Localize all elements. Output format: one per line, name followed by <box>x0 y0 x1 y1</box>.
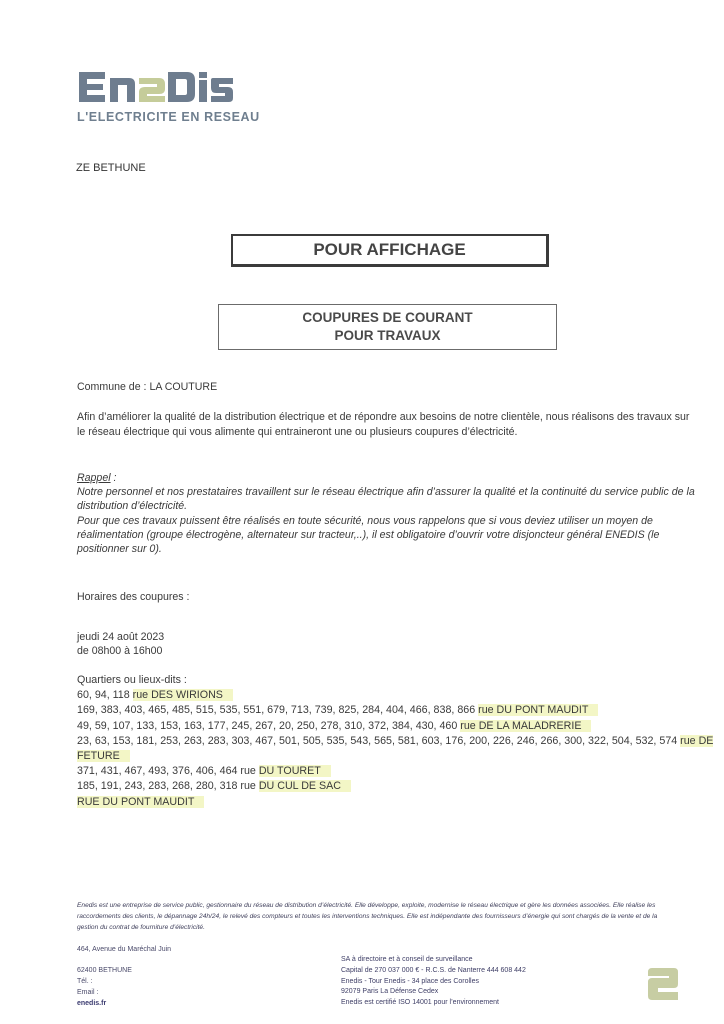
coupures-heading-line2: POUR TRAVAUX <box>334 327 440 345</box>
company-line: SA à directoire et à conseil de surveill… <box>341 955 526 966</box>
footer-contact: 464, Avenue du Maréchal Juin 62400 BETHU… <box>77 944 171 1009</box>
house-numbers: 371, 431, 467, 493, 376, 406, 464 rue <box>77 765 259 777</box>
house-numbers: 49, 59, 107, 133, 153, 163, 177, 245, 26… <box>77 720 460 732</box>
street-name: RUE DU PONT MAUDIT <box>77 796 204 808</box>
footer-legal-text: Enedis est une entreprise de service pub… <box>77 900 677 933</box>
intro-paragraph: Afin d’améliorer la qualité de la distri… <box>77 410 697 439</box>
enedis-logo: L'ELECTRICITE EN RESEAU <box>77 66 237 124</box>
rappel-label-suffix: : <box>111 472 117 484</box>
pour-affichage-heading: POUR AFFICHAGE <box>313 240 465 260</box>
footer-website-link[interactable]: enedis.fr <box>77 998 171 1009</box>
street-name: rue DU PONT MAUDIT <box>478 704 598 716</box>
quartiers-section: Quartiers ou lieux-dits : 60, 94, 118 ru… <box>77 673 717 810</box>
rappel-line1: Notre personnel et nos prestataires trav… <box>77 485 697 513</box>
quartier-entry: 371, 431, 467, 493, 376, 406, 464 rue DU… <box>77 764 717 779</box>
schedule-date: jeudi 24 août 2023 <box>77 630 164 644</box>
house-numbers: 169, 383, 403, 465, 485, 515, 535, 551, … <box>77 704 478 716</box>
street-name: DU TOURET <box>259 765 331 777</box>
house-numbers: 60, 94, 118 <box>77 689 133 701</box>
commune: Commune de : LA COUTURE <box>77 380 217 395</box>
company-line: Enedis - Tour Enedis - 34 place des Coro… <box>341 977 526 988</box>
footer-email: Email : <box>77 987 171 998</box>
quartier-entry: RUE DU PONT MAUDIT <box>77 795 717 810</box>
coupures-heading-line1: COUPURES DE COURANT <box>302 309 472 327</box>
quartier-entry: 49, 59, 107, 133, 153, 163, 177, 245, 26… <box>77 719 717 734</box>
house-numbers: 23, 63, 153, 181, 253, 263, 283, 303, 46… <box>77 735 680 747</box>
quartiers-list: 60, 94, 118 rue DES WIRIONS169, 383, 403… <box>77 688 717 810</box>
schedule-hours: de 08h00 à 16h00 <box>77 644 164 658</box>
commune-value: LA COUTURE <box>149 381 217 393</box>
company-line: Enedis est certifié ISO 14001 pour l’env… <box>341 998 526 1009</box>
street-name: DU CUL DE SAC <box>259 780 351 792</box>
footer-company-info: SA à directoire et à conseil de surveill… <box>341 955 526 1009</box>
quartier-entry: 60, 94, 118 rue DES WIRIONS <box>77 688 717 703</box>
enedis-logo-icon <box>77 66 237 106</box>
logo-tagline: L'ELECTRICITE EN RESEAU <box>77 110 237 124</box>
company-line: 92079 Paris La Défense Cedex <box>341 987 526 998</box>
schedule: jeudi 24 août 2023 de 08h00 à 16h00 <box>77 630 164 659</box>
footer-tel: Tél. : <box>77 976 171 987</box>
quartier-entry: 23, 63, 153, 181, 253, 263, 283, 303, 46… <box>77 734 717 764</box>
street-name: rue DE LA MALADRERIE <box>460 720 591 732</box>
footer-address: 464, Avenue du Maréchal Juin <box>77 944 171 955</box>
quartier-entry: 169, 383, 403, 465, 485, 515, 535, 551, … <box>77 703 717 718</box>
house-numbers: 185, 191, 243, 283, 268, 280, 318 rue <box>77 780 259 792</box>
commune-label: Commune de : <box>77 381 149 393</box>
quartier-entry: 185, 191, 243, 283, 268, 280, 318 rue DU… <box>77 779 717 794</box>
quartiers-label: Quartiers ou lieux-dits : <box>77 673 717 688</box>
company-line: Capital de 270 037 000 € - R.C.S. de Nan… <box>341 966 526 977</box>
agency-name: ZE BETHUNE <box>76 162 146 174</box>
pour-affichage-heading-box: POUR AFFICHAGE <box>231 234 549 267</box>
street-name: rue DES WIRIONS <box>133 689 233 701</box>
enedis-e-mark-icon <box>644 966 682 1002</box>
rappel-label: Rappel <box>77 472 111 484</box>
horaires-label: Horaires des coupures : <box>77 590 189 605</box>
rappel-section: Rappel : Notre personnel et nos prestata… <box>77 471 697 556</box>
rappel-line2: Pour que ces travaux puissent être réali… <box>77 514 697 557</box>
coupures-heading-box: COUPURES DE COURANT POUR TRAVAUX <box>218 304 557 350</box>
footer-city: 62400 BETHUNE <box>77 965 171 976</box>
